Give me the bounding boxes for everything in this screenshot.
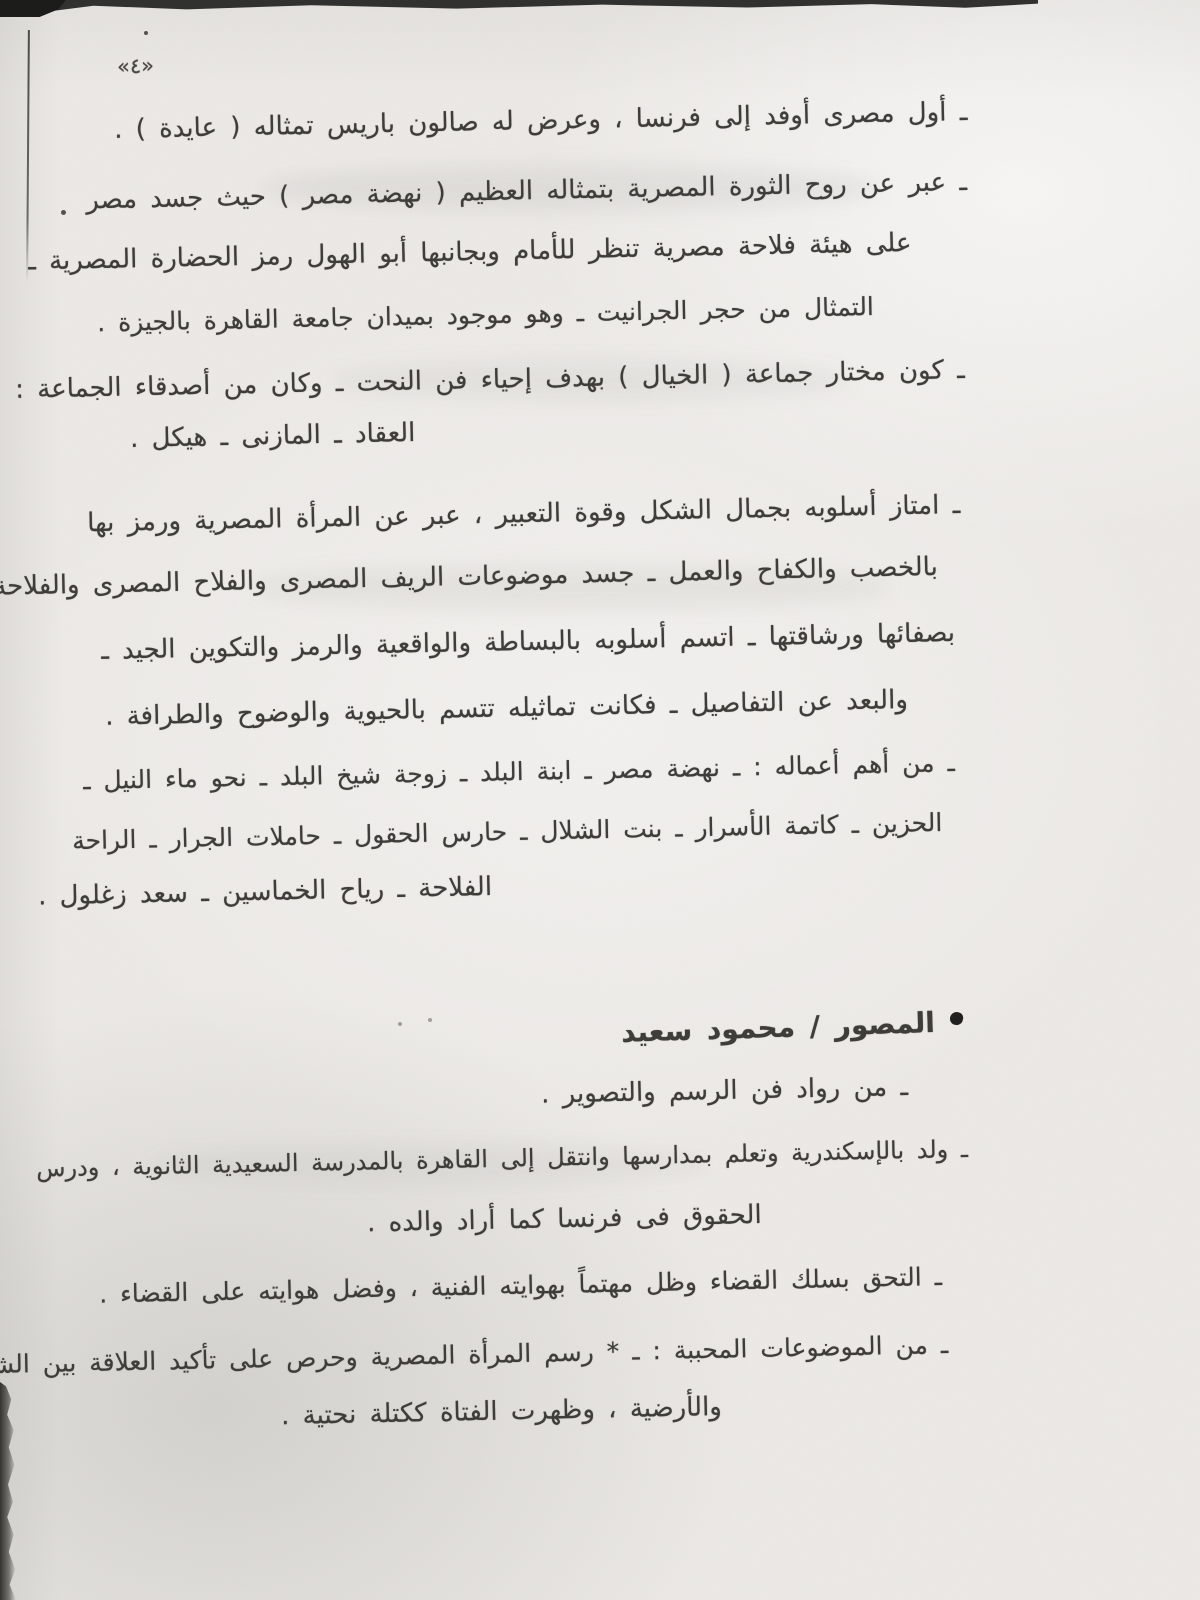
handwritten-line: التمثال من حجر الجرانيت ـ وهو موجود بميد… bbox=[97, 292, 874, 337]
handwritten-line: ـ عبر عن روح الثورة المصرية بتمثاله العظ… bbox=[86, 167, 967, 215]
bullet-dot bbox=[949, 1011, 964, 1026]
handwritten-line: ـ من الموضوعات المحببة : ـ * رسم المرأة … bbox=[0, 1330, 948, 1380]
handwritten-text-block: ـ أول مصرى أوفد إلى فرنسا ، وعرض له صالو… bbox=[0, 0, 1200, 1600]
handwritten-line: العقاد ـ المازنى ـ هيكل . bbox=[129, 418, 415, 454]
handwritten-line: الحقوق فى فرنسا كما أراد والده . bbox=[367, 1200, 762, 1238]
ink-dot bbox=[398, 1022, 402, 1026]
section-heading: المصور / محمود سعيد bbox=[621, 1006, 936, 1049]
handwritten-line: ـ كون مختار جماعة ( الخيال ) بهدف إحياء … bbox=[15, 355, 965, 405]
handwritten-line: ـ أول مصرى أوفد إلى فرنسا ، وعرض له صالو… bbox=[114, 97, 968, 145]
handwritten-line: بصفائها ورشاقتها ـ اتسم أسلوبه بالبساطة … bbox=[101, 618, 955, 666]
handwritten-line: والبعد عن التفاصيل ـ فكانت تماثيله تتسم … bbox=[105, 685, 908, 732]
handwritten-line: على هيئة فلاحة مصرية تنظر للأمام وبجانبه… bbox=[28, 228, 912, 276]
handwritten-line: ـ ولد بالإسكندرية وتعلم بمدارسها وانتقل … bbox=[36, 1135, 968, 1183]
handwritten-line: ـ من أهم أعماله : ـ نهضة مصر ـ ابنة البل… bbox=[83, 748, 955, 795]
scanned-page: «٤» ـ أول مصرى أوفد إلى فرنسا ، وعرض له … bbox=[0, 0, 1200, 1600]
handwritten-line: الفلاحة ـ رياح الخماسين ـ سعد زغلول . bbox=[38, 872, 493, 912]
ink-dot bbox=[428, 1018, 432, 1022]
handwritten-line: ـ من رواد فن الرسم والتصوير . bbox=[541, 1072, 909, 1110]
handwritten-line: ـ امتاز أسلوبه بجمال الشكل وقوة التعبير … bbox=[87, 490, 961, 538]
handwritten-line: والأرضية ، وظهرت الفتاة ككتلة نحتية . bbox=[281, 1392, 722, 1431]
handwritten-line: الحزين ـ كاتمة الأسرار ـ بنت الشلال ـ حا… bbox=[72, 808, 943, 855]
handwritten-line: بالخصب والكفاح والعمل ـ جسد موضوعات الري… bbox=[0, 552, 938, 602]
handwritten-line: ـ التحق بسلك القضاء وظل مهتماً بهوايته ا… bbox=[99, 1262, 942, 1309]
